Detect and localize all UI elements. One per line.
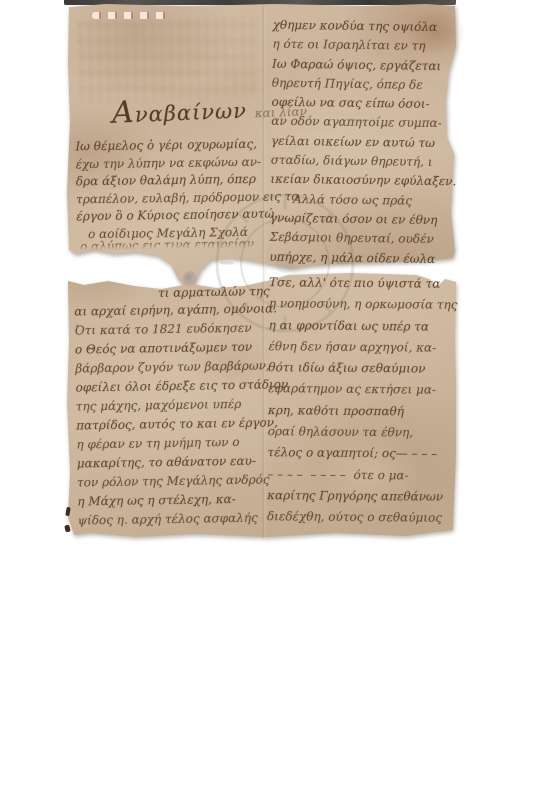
handwriting-line: ψίδος η. αρχή τέλος ασφαλής	[78, 508, 268, 530]
handwriting-line: βάρβαρον ζυγόν των βαρβάρων,	[75, 357, 265, 379]
handwriting-line: τον ρόλον της Μεγάλης ανδρός	[77, 471, 267, 493]
handwriting-line: χθημεν κονδύα της οψιόλα	[272, 16, 457, 38]
handwriting-line: Τσε, αλλ' ότε πιο ύψιστά τα	[269, 272, 459, 295]
handwriting-line: θότι ιδίω άξιω σεθαύμιον	[268, 357, 458, 380]
handwriting-line: Ότι κατά το 1821 ευδόκησεν	[75, 319, 265, 341]
right-column-lower-text: Τσε, αλλ' ότε πιο ύψιστά ταη νοημοσύνη, …	[267, 272, 459, 529]
handwriting-line: η αι φροντίδαι ως υπέρ τα	[269, 315, 459, 338]
left-column-fragment: τι αρματωλών της	[158, 284, 270, 300]
handwriting-line: γνωρίζεται όσον οι εν έθνη	[270, 209, 455, 231]
handwriting-line: θηρευτή Πηγίας, όπερ δε	[272, 74, 457, 96]
handwriting-line: σταδίω, διάγων θηρευτή, ι	[271, 151, 456, 173]
handwriting-line: η νοημοσύνη, η ορκωμοσία της	[269, 293, 459, 316]
scanned-manuscript-page: Αναβαίνων και λίαν Ιω θέμελος ὁ γέρι οχυ…	[0, 0, 549, 800]
left-column-upper-text: Ιω θέμελος ὁ γέρι οχυρωμίας,έχω την λύπη…	[75, 136, 266, 244]
handwriting-line: κρη, καθότι προσπαθή	[268, 400, 458, 423]
handwriting-line: αν οδόν αγαπητοίμε συμπα-	[271, 112, 456, 134]
handwriting-line: Ιω Φαραώ όψιος, εργάζεται	[272, 54, 457, 76]
handwriting-line: τραπέλον, ευλαβή, πρόδρομον εις το	[76, 188, 266, 208]
handwriting-line: έχω την λύπην να εκφώνω αν-	[76, 153, 266, 173]
handwriting-line: Αλλά τόσο ως πράς	[270, 189, 455, 211]
handwriting-line: διεδέχθη, ούτος ο σεθαύμιος	[267, 506, 457, 529]
handwriting-line: της μάχης, μαχόμενοι υπέρ	[76, 395, 266, 417]
handwriting-line: τέλος ο αγαπητοί; ος— – – –	[267, 443, 457, 466]
handwriting-line: Σεβάσμιοι θηρευταί, ουδέν	[270, 228, 455, 250]
right-column-upper-text: χθημεν κονδύα της οψιόλαη ότε οι Ισραηλί…	[269, 16, 457, 269]
handwriting-line: η φέραν εν τη μνήμη των ο	[76, 433, 266, 455]
handwriting-line: καρίτης Γρηγόρης απεθάνων	[267, 485, 457, 508]
handwriting-line: οραί θηλάσουν τα έθνη,	[268, 421, 458, 444]
handwriting-line: υπήρχε, η μάλα οίδεν έωλα	[269, 247, 454, 269]
handwriting-line: έθνη δεν ήσαν αρχηγοί, κα-	[268, 336, 458, 359]
paper-damage-specks	[92, 12, 172, 19]
handwriting-line: γείλαι οικείων εν αυτώ τω	[271, 131, 456, 153]
title-text: Αναβαίνων	[112, 99, 248, 128]
handwriting-line: – – – – – – – – ότε ο μα-	[267, 464, 457, 487]
handwriting-line: η ότε οι Ισραηλίται εν τη	[272, 35, 457, 57]
ink-showthrough	[77, 15, 260, 103]
handwriting-line: ικείαν δικαιοσύνην εφύλαξεν.	[270, 170, 455, 192]
left-column-lower-text: αι αρχαί ειρήνη, αγάπη, ομόνοια.Ότι κατά…	[74, 300, 268, 531]
handwriting-line: εφαράτημον ας εκτήσει μα-	[268, 379, 458, 402]
handwriting-line: οφείλω να σας είπω όσοι-	[271, 93, 456, 115]
